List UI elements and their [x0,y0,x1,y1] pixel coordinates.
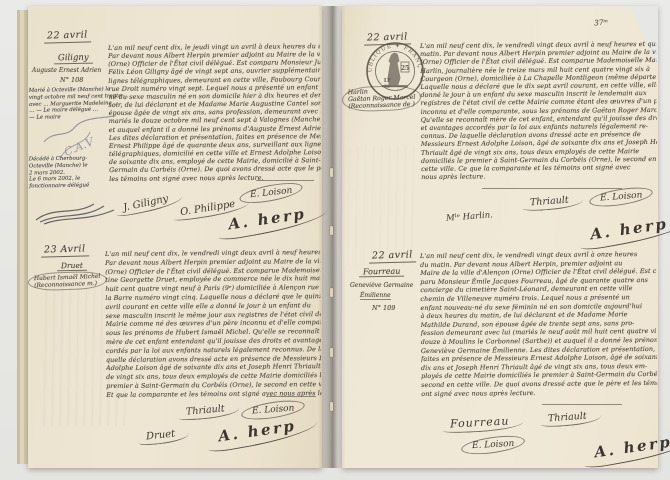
act-number: N° 108 [60,76,83,84]
text-line: les témoins ont signé avec nous après le… [109,173,321,183]
entry-given-names: Auguste Ernest Adrien [32,67,101,74]
fill-line [266,396,316,397]
text-line: Et que la comparante et les témoins ont … [106,389,321,400]
stamp-value-top: 25 [401,65,409,72]
signature-witness-1: Thriault [530,195,569,209]
scanned-register-spread: 22 avril Giligny Auguste Ernest Adrien N… [0,0,670,480]
text-line: ont signé avec nous après lecture. [421,387,657,398]
stitch-mark [330,226,333,235]
right-page: 37ᵐ 22 avril RÉPUBLIQUE ✦ FRANÇAISE 25 1… [342,6,658,468]
act-body: L'an mil neuf cent dix, le jeudi vingt u… [108,42,321,186]
act-body: L'an mil neuf cent dix, le vendredi ving… [105,248,321,402]
entry-mention-type: (Reconnaissance m.) [34,280,101,289]
stitch-mark [330,288,333,297]
entry-mention-type: (Reconnaissance de ) [348,101,416,110]
entry-surname: Fourreau [359,267,405,278]
signature-declarant: Druet [146,429,176,443]
folio-number: 37ᵐ [594,18,609,28]
fill-line [482,188,622,189]
entry-date: 23 Avril [41,243,89,257]
signature-witness-1: Thriault [186,403,225,417]
marginal-mention-death: Décédé à Cherbourg-Octeville (Manche) le… [29,155,89,190]
ink-bleed-through [346,146,416,266]
entry-given-names: Geneviève Germaine [350,282,413,289]
signature-witness-1: Thriault [548,411,587,425]
entry-surname: Giligny [54,53,93,65]
act-body: L'an mil neuf cent dix, le vendredi ving… [420,250,657,410]
signature-witness-2: E. Loison [252,404,295,417]
book-gutter [318,6,346,468]
signature-witness-2: E. Loison [600,191,643,204]
text-line: nous après lecture. [421,171,657,181]
stamp-value-mid: 1F [383,78,391,84]
fill-line [256,180,314,181]
act-body: L'an mil neuf cent dix, le vendredi ving… [420,40,657,192]
signature-witness-2: E. Loison [250,186,293,200]
signature-declarant: J. Giligny [122,193,169,213]
stitch-mark [330,402,333,411]
signature-officer-paraph: A. herp [217,417,297,446]
stitch-mark [330,348,333,357]
signature-officer-paraph: A. herp [589,215,669,244]
entry-date: 22 avril [44,29,91,43]
text-line: fonctionnaire délégué [29,183,89,191]
signature-declarant: Mˡᵉ Harlin. [446,210,494,223]
entry-given-names: Émilienne [360,292,391,300]
stitch-mark [330,168,333,177]
entry-date: 22 avril [369,249,416,263]
left-page: 22 avril Giligny Auguste Ernest Adrien N… [28,6,322,468]
signature-witness-2: E. Loison [472,439,515,451]
act-number: N° 109 [372,304,395,312]
text-line: Octeville (Manche) le [29,162,89,170]
death-mention-signature [34,196,122,226]
entry-margin-box: Harlin Gaëtan Roger Marcel (Reconnaissan… [342,85,422,113]
signature-declarant: Fourreau [450,414,510,430]
entry-surname: Druet [57,261,87,272]
fill-line [542,404,622,405]
signature-officer-paraph: A. herp [593,433,670,462]
